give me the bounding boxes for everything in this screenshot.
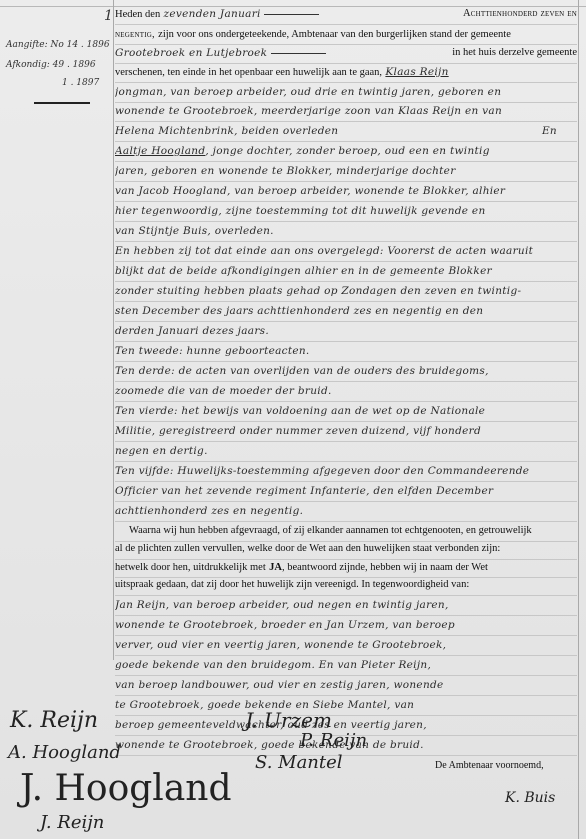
- record-line: jongman, van beroep arbeider, oud drie e…: [115, 82, 577, 103]
- handwritten-groom-name: Klaas Reijn: [385, 66, 448, 78]
- record-line: Ten derde: de acten van overlijden van d…: [115, 361, 577, 382]
- printed-text: Heden den: [115, 9, 160, 20]
- record-line: zonder stuiting hebben plaats gehad op Z…: [115, 281, 577, 302]
- record-line: negen en dertig.: [115, 441, 577, 462]
- declaration-line: uitspraak gedaan, dat zij door het huwel…: [115, 575, 577, 596]
- record-line: achttienhonderd zes en negentig.: [115, 501, 577, 522]
- printed-text: hetwelk door hen, uitdrukkelijk met: [115, 562, 266, 573]
- witness-line: Jan Reijn, van beroep arbeider, oud nege…: [115, 595, 577, 616]
- margin-rule-right: [578, 0, 579, 839]
- printed-text: verschenen, ten einde in het openbaar ee…: [115, 67, 382, 78]
- handwritten-bride-name: Aaltje Hoogland: [115, 145, 205, 157]
- signature-groom: K. Reijn: [10, 708, 98, 733]
- handwritten-text: En: [542, 121, 557, 141]
- record-line: derden Januari dezes jaars.: [115, 321, 577, 342]
- record-line: van Stijntje Buis, overleden.: [115, 221, 577, 242]
- printed-text: , beantwoord zijnde, hebben wij in naam …: [282, 562, 488, 573]
- signature-witness-mantel: S. Mantel: [255, 752, 343, 773]
- record-line: Aaltje Hoogland, jonge dochter, zonder b…: [115, 141, 577, 162]
- handwritten-date: zevenden Januari: [164, 8, 261, 20]
- witness-line: verver, oud vier en veertig jaren, wonen…: [115, 635, 577, 656]
- record-line: verschenen, ten einde in het openbaar ee…: [115, 62, 577, 83]
- record-line: zoomede die van de moeder der bruid.: [115, 381, 577, 402]
- record-line: Ten vierde: het bewijs van voldoening aa…: [115, 401, 577, 422]
- printed-text: zijn voor ons ondergeteekende, Ambtenaar…: [158, 29, 511, 40]
- record-line: Officier van het zevende regiment Infant…: [115, 481, 577, 502]
- record-line: Helena Michtenbrink, beiden overleden En: [115, 121, 577, 142]
- margin-notes: Aangifte: No 14 . 1896 Afkondig: 49 . 18…: [0, 0, 104, 660]
- record-line: van Jacob Hoogland, van beroep arbeider,…: [115, 181, 577, 202]
- ja-answer: JA: [269, 562, 282, 573]
- signature-witness-p-reijn: P. Reijn: [300, 730, 367, 751]
- printed-text: in het huis derzelve gemeente: [452, 43, 577, 63]
- signature-father: J. Hoogland: [20, 768, 232, 809]
- margin-rule-left: [113, 0, 114, 660]
- record-line: blijkt dat de beide afkondigingen alhier…: [115, 261, 577, 282]
- signature-bride: A. Hoogland: [8, 742, 121, 763]
- signature-witness-reijn: J. Reijn: [40, 812, 104, 833]
- record-line: jaren, geboren en wonende te Blokker, mi…: [115, 161, 577, 182]
- record-line: Heden den zevenden Januari Achttienhonde…: [115, 4, 577, 25]
- handwritten-municipality: Grootebroek en Lutjebroek: [115, 47, 267, 59]
- margin-underline: [34, 102, 90, 104]
- printed-text: negentig,: [115, 29, 155, 40]
- witness-line: van beroep landbouwer, oud vier en zesti…: [115, 675, 577, 696]
- record-line: Grootebroek en Lutjebroek in het huis de…: [115, 43, 577, 64]
- handwritten-text: Helena Michtenbrink, beiden overleden: [115, 125, 338, 137]
- officer-label: De Ambtenaar voornoemd,: [435, 760, 544, 771]
- fill-line: [264, 14, 319, 15]
- printed-year: Achttienhonderd zeven en: [463, 4, 577, 24]
- handwritten-text: , jonge dochter, zonder beroep, oud een …: [205, 145, 489, 157]
- record-line: wonende te Grootebroek, meerderjarige zo…: [115, 101, 577, 122]
- record-line: negentig, zijn voor ons ondergeteekende,…: [115, 24, 577, 45]
- witness-line: goede bekende van den bruidegom. En van …: [115, 655, 577, 676]
- margin-note-aangifte: Aangifte: No 14 . 1896: [6, 40, 110, 50]
- witness-line: wonende te Grootebroek, broeder en Jan U…: [115, 615, 577, 636]
- signature-witness-urzem: J. Urzem: [245, 708, 332, 732]
- signature-officer: K. Buis: [505, 790, 555, 806]
- witness-line: te Grootebroek, goede bekende en Siebe M…: [115, 695, 577, 716]
- record-line: sten December des jaars achttienhonderd …: [115, 301, 577, 322]
- record-line: hier tegenwoordig, zijne toestemming tot…: [115, 201, 577, 222]
- document-page: Aangifte: No 14 . 1896 Afkondig: 49 . 18…: [0, 0, 586, 839]
- record-number: 1: [104, 8, 113, 24]
- margin-note-afkondiging: Afkondig: 49 . 1896: [6, 60, 96, 70]
- record-line: En hebben zij tot dat einde aan ons over…: [115, 241, 577, 262]
- margin-note-year: 1 . 1897: [62, 78, 99, 88]
- record-line: Militie, geregistreerd onder nummer zeve…: [115, 421, 577, 442]
- record-line: Ten vijfde: Huwelijks-toestemming afgege…: [115, 461, 577, 482]
- fill-line: [271, 53, 326, 54]
- record-line: Ten tweede: hunne geboorteacten.: [115, 341, 577, 362]
